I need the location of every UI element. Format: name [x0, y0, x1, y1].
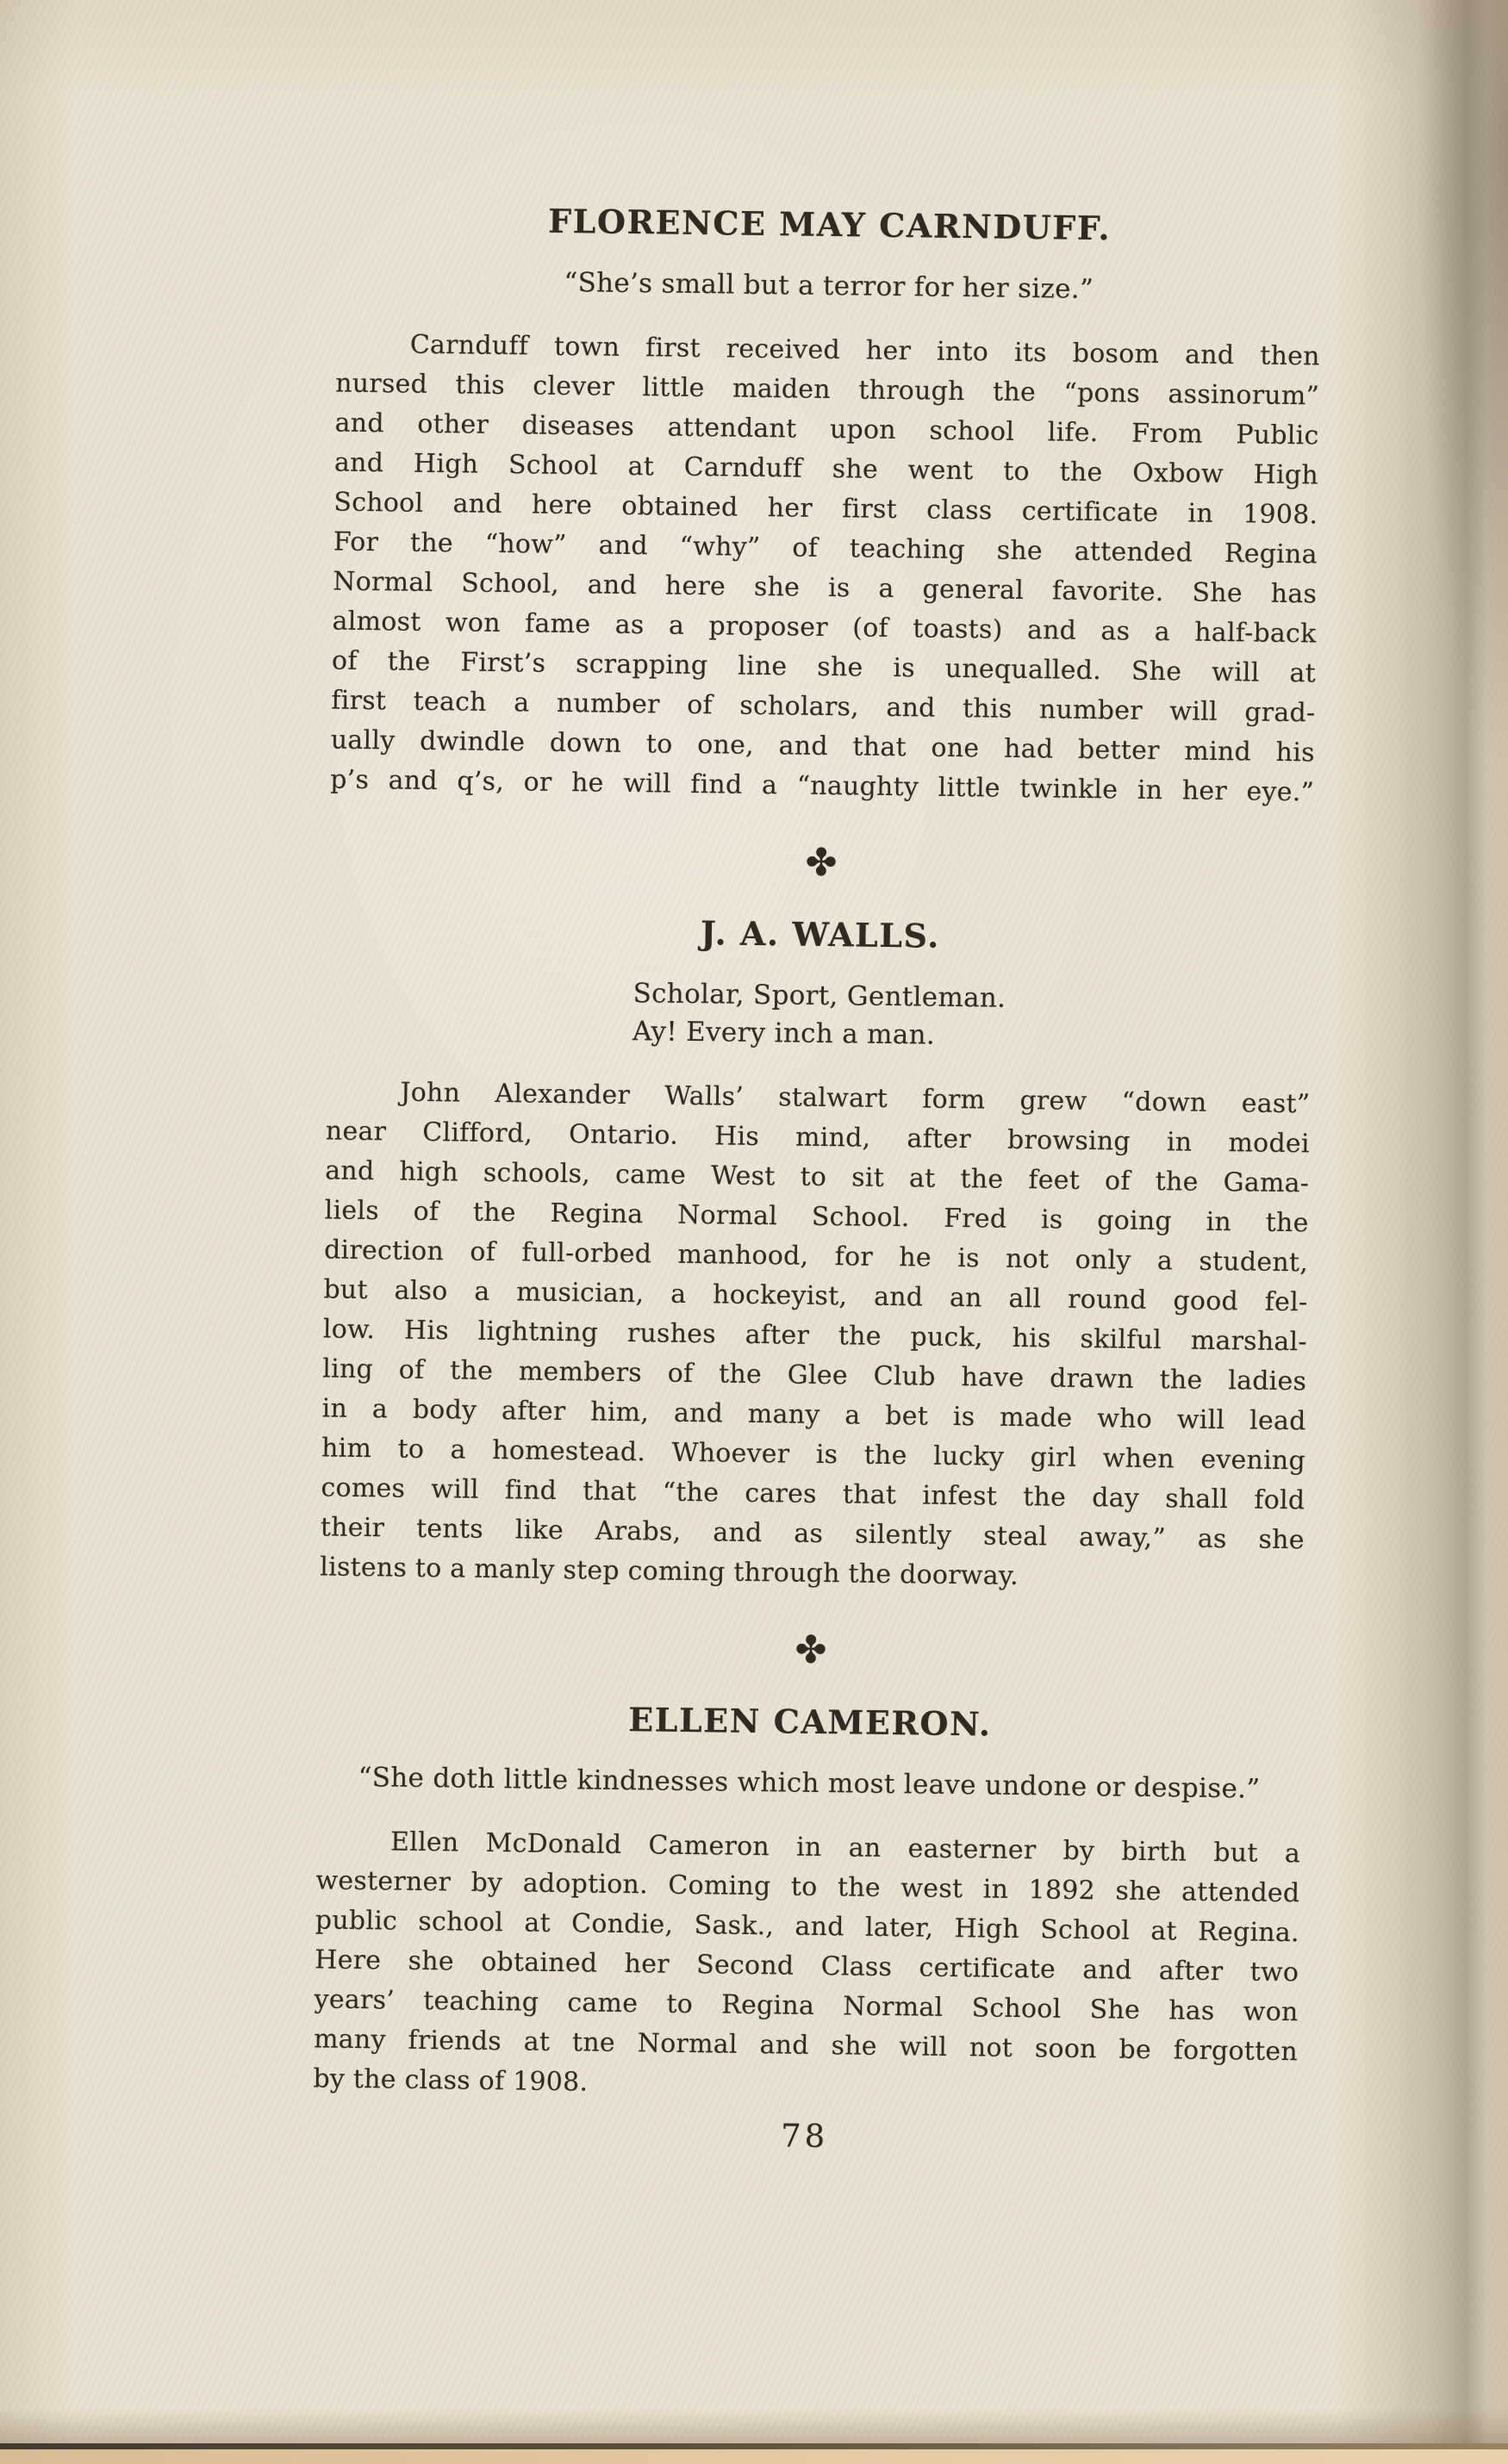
entry-paragraph: Ellen McDonald Cameron in an easterner b…: [313, 1821, 1300, 2112]
biography-entries: FLORENCE MAY CARNDUFF.“She’s small but a…: [313, 199, 1322, 2112]
entry-epigraph: “She doth little kindnesses which most l…: [358, 1758, 1260, 1808]
surface-below-page: [0, 2449, 1508, 2464]
entry-heading: FLORENCE MAY CARNDUFF.: [337, 199, 1322, 252]
entry-heading: J. A. WALLS.: [328, 908, 1313, 961]
entry-epigraph: Scholar, Sport, Gentleman.Ay! Every inch…: [632, 974, 1006, 1055]
section-divider-ornament: ✤: [329, 836, 1314, 890]
biography-entry: FLORENCE MAY CARNDUFF.“She’s small but a…: [330, 199, 1322, 813]
biography-entry: ELLEN CAMERON.“She doth little kindnesse…: [313, 1696, 1302, 2112]
entry-epigraph: “She’s small but a terror for her size.”: [564, 264, 1094, 308]
entry-epigraph-wrap: “She doth little kindnesses which most l…: [317, 1758, 1301, 1808]
page-right-edge-shadow: [1336, 0, 1508, 2464]
page-bottom-shadow: [0, 2409, 1508, 2443]
page-bottom-edge: [0, 2443, 1508, 2449]
entry-paragraph: Carnduff town first received her into it…: [330, 325, 1320, 813]
epigraph-line: “She’s small but a terror for her size.”: [564, 264, 1094, 308]
epigraph-line: Scholar, Sport, Gentleman.: [632, 974, 1006, 1017]
entry-heading: ELLEN CAMERON.: [318, 1696, 1303, 1748]
epigraph-line: “She doth little kindnesses which most l…: [358, 1758, 1260, 1808]
biography-entry: J. A. WALLS.Scholar, Sport, Gentleman.Ay…: [320, 908, 1312, 1600]
page-number: 78: [312, 2111, 1296, 2162]
page-content: FLORENCE MAY CARNDUFF.“She’s small but a…: [312, 199, 1322, 2162]
entry-paragraph: John Alexander Walls’ stalwart form grew…: [320, 1072, 1311, 1600]
scanned-book-page: FLORENCE MAY CARNDUFF.“She’s small but a…: [0, 0, 1508, 2464]
entry-epigraph-wrap: Scholar, Sport, Gentleman.Ay! Every inch…: [327, 970, 1312, 1059]
epigraph-line: Ay! Every inch a man.: [632, 1012, 1006, 1055]
entry-epigraph-wrap: “She’s small but a terror for her size.”: [337, 261, 1321, 312]
section-divider-ornament: ✤: [319, 1623, 1304, 1677]
